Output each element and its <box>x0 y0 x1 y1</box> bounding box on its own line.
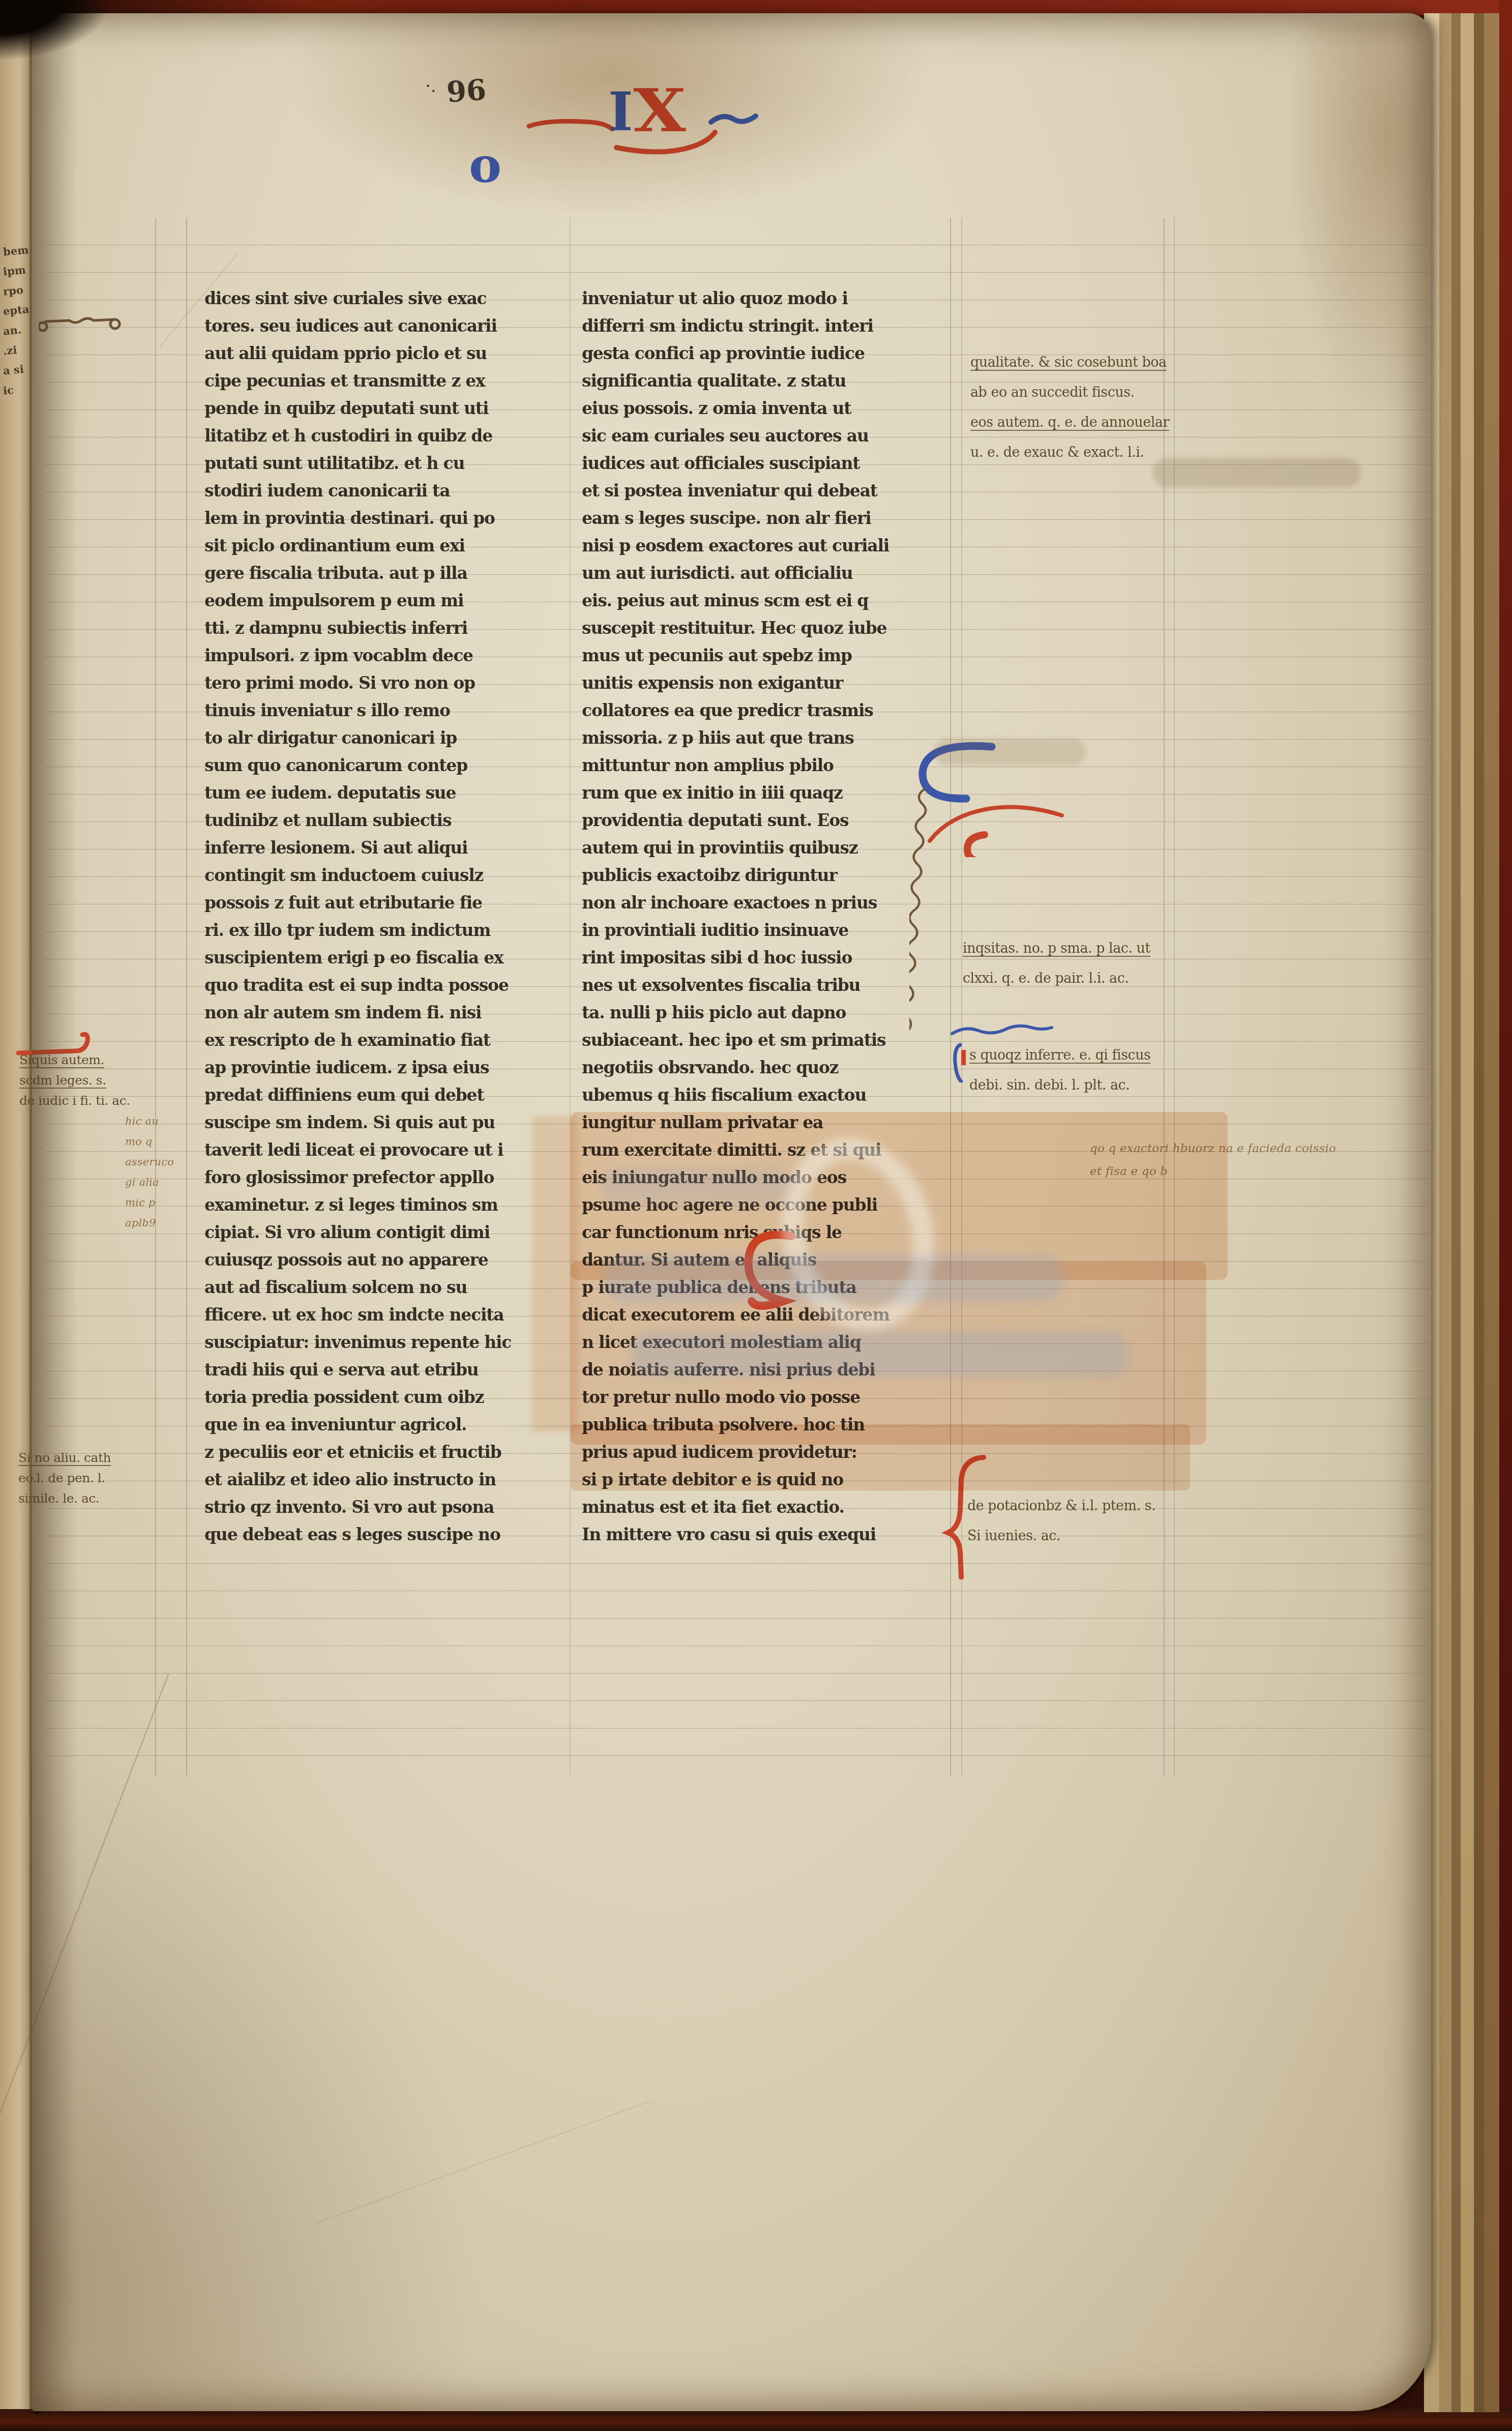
text-line: et aialibz et ideo alio instructo in <box>204 1466 555 1494</box>
margin-note-line: Si iuenies. ac. <box>967 1524 1155 1554</box>
blue-letter-o: o <box>469 136 501 194</box>
text-line: suscipiatur: invenimus repente hic <box>204 1328 555 1357</box>
text-line: putati sunt utilitatibz. et h cu <box>204 449 555 478</box>
text-line: que in ea inveniuntur agricol. <box>204 1411 555 1439</box>
dark-corner <box>0 0 112 61</box>
margin-note-line: simile. le. ac. <box>18 1489 111 1510</box>
margin-note-line: qo q exactori hbuorz na e facieda coissi… <box>1090 1138 1336 1161</box>
margin-note-siquis-autem: Siquis autem.scdm leges. s.de iudic i fi… <box>19 1051 130 1112</box>
margin-note-line: debi. sin. debi. l. plt. ac. <box>969 1073 1150 1103</box>
margin-note-line: eos autem. q. e. de annouelar <box>970 410 1169 440</box>
margin-note-si-no-aliu: Si no aliu. catheo.l. de pen. l.simile. … <box>18 1449 111 1510</box>
text-line: lem in provintia destinari. qui po <box>204 504 555 533</box>
margin-note-qualitate: qualitate. & sic cosebunt boaab eo an su… <box>970 350 1169 470</box>
text-line: um aut iurisdicti. aut officialiu <box>582 559 943 588</box>
text-line: eis iniungatur nullo modo eos <box>582 1163 943 1192</box>
folio-number: 96 <box>446 73 487 109</box>
margin-note-inquisitas: inqsitas. no. p sma. p lac. utclxxi. q. … <box>963 936 1150 996</box>
vertical-ruling-line <box>570 218 571 1775</box>
text-line: significantia qualitate. z statu <box>582 367 943 395</box>
text-line: tor pretur nullo modo vio posse <box>582 1383 943 1412</box>
text-line: litatibz et h custodiri in quibz de <box>204 422 555 450</box>
text-line: predat diffiniens eum qui debet <box>204 1081 555 1109</box>
book-numeral-i: I <box>608 80 633 143</box>
text-line: contingit sm inductoem cuiuslz <box>204 861 555 890</box>
text-line: possois z fuit aut etributarie fie <box>204 889 555 917</box>
text-line: p iurate publica debens tributa <box>582 1273 943 1302</box>
margin-note-line: et fisa e qo b <box>1090 1161 1336 1184</box>
margin-note-cursive-left: hic aumo qasserucogi aliamic paplb9 <box>125 1112 174 1234</box>
margin-note-line: clxxi. q. e. de pair. l.i. ac. <box>963 966 1150 996</box>
margin-note-line: aplb9 <box>125 1214 174 1234</box>
text-line: subiaceant. hec ipo et sm primatis <box>582 1026 943 1055</box>
text-column-right: inveniatur ut alio quoz modo idifferri s… <box>582 285 943 1548</box>
text-line: que debeat eas s leges suscipe no <box>204 1520 555 1549</box>
text-line: tinuis inveniatur s illo remo <box>204 696 555 725</box>
text-line: tti. z dampnu subiectis inferri <box>204 614 555 642</box>
text-column-left: dices sint sive curiales sive exactores.… <box>204 285 555 1548</box>
margin-note-line: Si no aliu. cath <box>18 1449 111 1469</box>
text-line: nisi p eosdem exactores aut curiali <box>582 532 943 560</box>
text-line: providentia deputati sunt. Eos <box>582 806 943 835</box>
margin-note-line: ab eo an succedit fiscus. <box>970 380 1169 410</box>
text-line: ex rescripto de h examinatio fiat <box>204 1026 555 1055</box>
text-line: tores. seu iudices aut canonicarii <box>204 312 555 340</box>
text-line: sic eam curiales seu auctores au <box>582 422 943 450</box>
text-line: n licet executori molestiam aliq <box>582 1328 943 1357</box>
page-stack-edge <box>1461 13 1474 2412</box>
text-line: iungitur nullam privatar ea <box>582 1108 943 1137</box>
text-line: ri. ex illo tpr iudem sm indictum <box>204 916 555 945</box>
text-line: differri sm indictu stringit. interi <box>582 312 943 340</box>
text-line: rint impositas sibi d hoc iussio <box>582 944 943 972</box>
text-fragment: epta <box>3 303 32 318</box>
text-line: eam s leges suscipe. non alr fieri <box>582 504 943 533</box>
text-line: car functionum nris subiqs le <box>582 1218 943 1247</box>
page-stack-edge <box>1474 13 1484 2412</box>
text-line: minatus est et ita fiet exactio. <box>582 1493 943 1521</box>
text-line: non alr autem sm indem fi. nisi <box>204 999 555 1027</box>
text-line: missoria. z p hiis aut que trans <box>582 724 943 752</box>
text-line: psume hoc agere ne occone publi <box>582 1191 943 1219</box>
vertical-ruling-line-blue <box>1174 218 1175 1775</box>
page-stack-edge <box>1484 13 1499 2412</box>
text-line: publica tributa psolvere. hoc tin <box>582 1411 943 1439</box>
text-line: inveniatur ut alio quoz modo i <box>582 284 943 313</box>
leather-right-edge <box>1499 0 1512 2431</box>
text-fragment: an. <box>3 323 32 338</box>
margin-note-line: mic p <box>125 1193 174 1214</box>
margin-note-line: qualitate. & sic cosebunt boa <box>970 350 1169 380</box>
margin-note-line: mo q <box>125 1132 174 1153</box>
facing-page-text-fragments: bemipmrpoeptaan..zia siic <box>1 237 32 396</box>
text-line: unitis expensis non exigantur <box>582 669 943 697</box>
text-line: collatores ea que predicr trasmis <box>582 696 943 725</box>
text-line: cuiusqz possois aut no apparere <box>204 1246 555 1274</box>
vertical-ruling-line <box>186 218 187 1775</box>
text-line: to alr dirigatur canonicari ip <box>204 724 555 752</box>
text-line: rum exercitate dimitti. sz et si qui <box>582 1136 943 1164</box>
text-line: tradi hiis qui e serva aut etribu <box>204 1356 555 1384</box>
text-line: prius apud iudicem providetur: <box>582 1438 943 1467</box>
text-line: impulsori. z ipm vocablm dece <box>204 641 555 670</box>
text-line: publicis exactoibz diriguntur <box>582 861 943 890</box>
text-line: gesta confici ap provintie iudice <box>582 339 943 368</box>
text-line: suscipientem erigi p eo fiscalia ex <box>204 944 555 972</box>
vertical-ruling-line <box>155 218 156 1775</box>
text-line: aut alii quidam pprio piclo et su <box>204 339 555 368</box>
text-line: taverit ledi liceat ei provocare ut i <box>204 1136 555 1164</box>
text-line: de noiatis auferre. nisi prius debi <box>582 1356 943 1384</box>
text-line: stodiri iudem canonicarii ta <box>204 477 555 505</box>
text-line: suscipe sm indem. Si quis aut pu <box>204 1108 555 1137</box>
margin-note-line: de potacionbz & i.l. ptem. s. <box>967 1493 1155 1524</box>
margin-note-de-potacionibus: de potacionbz & i.l. ptem. s.Si iuenies.… <box>967 1493 1155 1554</box>
text-line: negotiis obsrvando. hec quoz <box>582 1053 943 1082</box>
text-line: cipe pecunias et transmitte z ex <box>204 367 555 395</box>
text-line: dices sint sive curiales sive exac <box>204 284 555 313</box>
book-numeral-x: X <box>633 76 686 145</box>
text-line: pende in quibz deputati sunt uti <box>204 394 555 423</box>
text-line: tero primi modo. Si vro non op <box>204 669 555 697</box>
vertical-ruling-line <box>961 218 962 1775</box>
text-line: examinetur. z si leges timinos sm <box>204 1191 555 1219</box>
margin-note-line: Siquis autem. <box>19 1051 130 1071</box>
text-line: mus ut pecuniis aut spebz imp <box>582 641 943 670</box>
text-line: ubemus q hiis fiscalium exactou <box>582 1081 943 1109</box>
text-line: strio qz invento. Si vro aut psona <box>204 1493 555 1521</box>
leather-bottom-edge <box>0 2409 1512 2431</box>
text-line: si p irtate debitor e is quid no <box>582 1466 943 1494</box>
text-line: rum que ex initio in iiii quaqz <box>582 779 943 807</box>
text-line: eodem impulsorem p eum mi <box>204 587 555 615</box>
text-line: tudinibz et nullam subiectis <box>204 806 555 835</box>
page-stack-edge <box>1439 13 1451 2412</box>
margin-note-line: s quoqz inferre. e. qi fiscus <box>969 1043 1150 1073</box>
margin-note-line: gi alia <box>125 1173 174 1193</box>
text-fragment: .zi <box>3 342 32 358</box>
facing-page-sliver: bemipmrpoeptaan..zia siic <box>0 13 32 2409</box>
text-line: autem qui in provintiis quibusz <box>582 834 943 862</box>
text-line: eius possois. z omia inventa ut <box>582 394 943 423</box>
margin-note-is-quoque: s quoqz inferre. e. qi fiscusdebi. sin. … <box>969 1043 1150 1103</box>
vertical-ruling-line <box>950 218 951 1775</box>
margin-note-line: asseruco <box>125 1153 174 1173</box>
text-fragment: rpo <box>3 283 32 298</box>
margin-note-line: de iudic i fi. ti. ac. <box>19 1092 130 1112</box>
margin-note-line: scdm leges. s. <box>19 1071 130 1092</box>
text-line: ap provintie iudicem. z ipsa eius <box>204 1053 555 1082</box>
text-line: in provintiali iuditio insinuave <box>582 916 943 945</box>
text-fragment: ic <box>3 382 32 397</box>
text-line: mittuntur non amplius pbilo <box>582 751 943 780</box>
text-fragment: a si <box>3 362 32 377</box>
text-line: ta. nulli p hiis piclo aut dapno <box>582 999 943 1027</box>
text-fragment: bem <box>3 243 32 258</box>
text-line: dantur. Si autem et aliquis <box>582 1246 943 1274</box>
manuscript-photo: bemipmrpoeptaan..zia siic ·. 96 I X o di… <box>0 0 1512 2431</box>
folio-dots: ·. <box>425 76 436 97</box>
text-line: z peculiis eor et etniciis et fructib <box>204 1438 555 1467</box>
text-line: suscepit restituitur. Hec quoz iube <box>582 614 943 642</box>
text-line: nes ut exsolventes fiscalia tribu <box>582 971 943 1000</box>
text-line: inferre lesionem. Si aut aliqui <box>204 834 555 862</box>
page-stack-edge <box>1451 13 1461 2412</box>
margin-note-cursive-right: qo q exactori hbuorz na e facieda coissi… <box>1090 1138 1336 1184</box>
text-line: iudices aut officiales suscipiant <box>582 449 943 478</box>
text-line: quo tradita est ei sup indta possoe <box>204 971 555 1000</box>
text-line: non alr inchoare exactoes n prius <box>582 889 943 917</box>
text-line: fficere. ut ex hoc sm indcte necita <box>204 1301 555 1329</box>
text-line: In mittere vro casu si quis exequi <box>582 1520 943 1549</box>
margin-note-line: inqsitas. no. p sma. p lac. ut <box>963 936 1150 966</box>
margin-note-line: u. e. de exauc & exact. l.i. <box>970 440 1169 470</box>
text-line: cipiat. Si vro alium contigit dimi <box>204 1218 555 1247</box>
text-line: sit piclo ordinantium eum exi <box>204 532 555 560</box>
text-line: eis. peius aut minus scm est ei q <box>582 587 943 615</box>
text-line: tum ee iudem. deputatis sue <box>204 779 555 807</box>
text-line: toria predia possident cum oibz <box>204 1383 555 1412</box>
margin-note-line: hic au <box>125 1112 174 1132</box>
text-line: dicat executorem ee alii debitorem <box>582 1301 943 1329</box>
margin-note-line: eo.l. de pen. l. <box>18 1469 111 1489</box>
text-line: sum quo canonicarum contep <box>204 751 555 780</box>
text-line: gere fiscalia tributa. aut p illa <box>204 559 555 588</box>
text-line: et si postea inveniatur qui debeat <box>582 477 943 505</box>
text-line: aut ad fiscalium solcem no su <box>204 1273 555 1302</box>
text-line: foro glosissimor prefector appllo <box>204 1163 555 1192</box>
text-fragment: ipm <box>3 263 32 278</box>
